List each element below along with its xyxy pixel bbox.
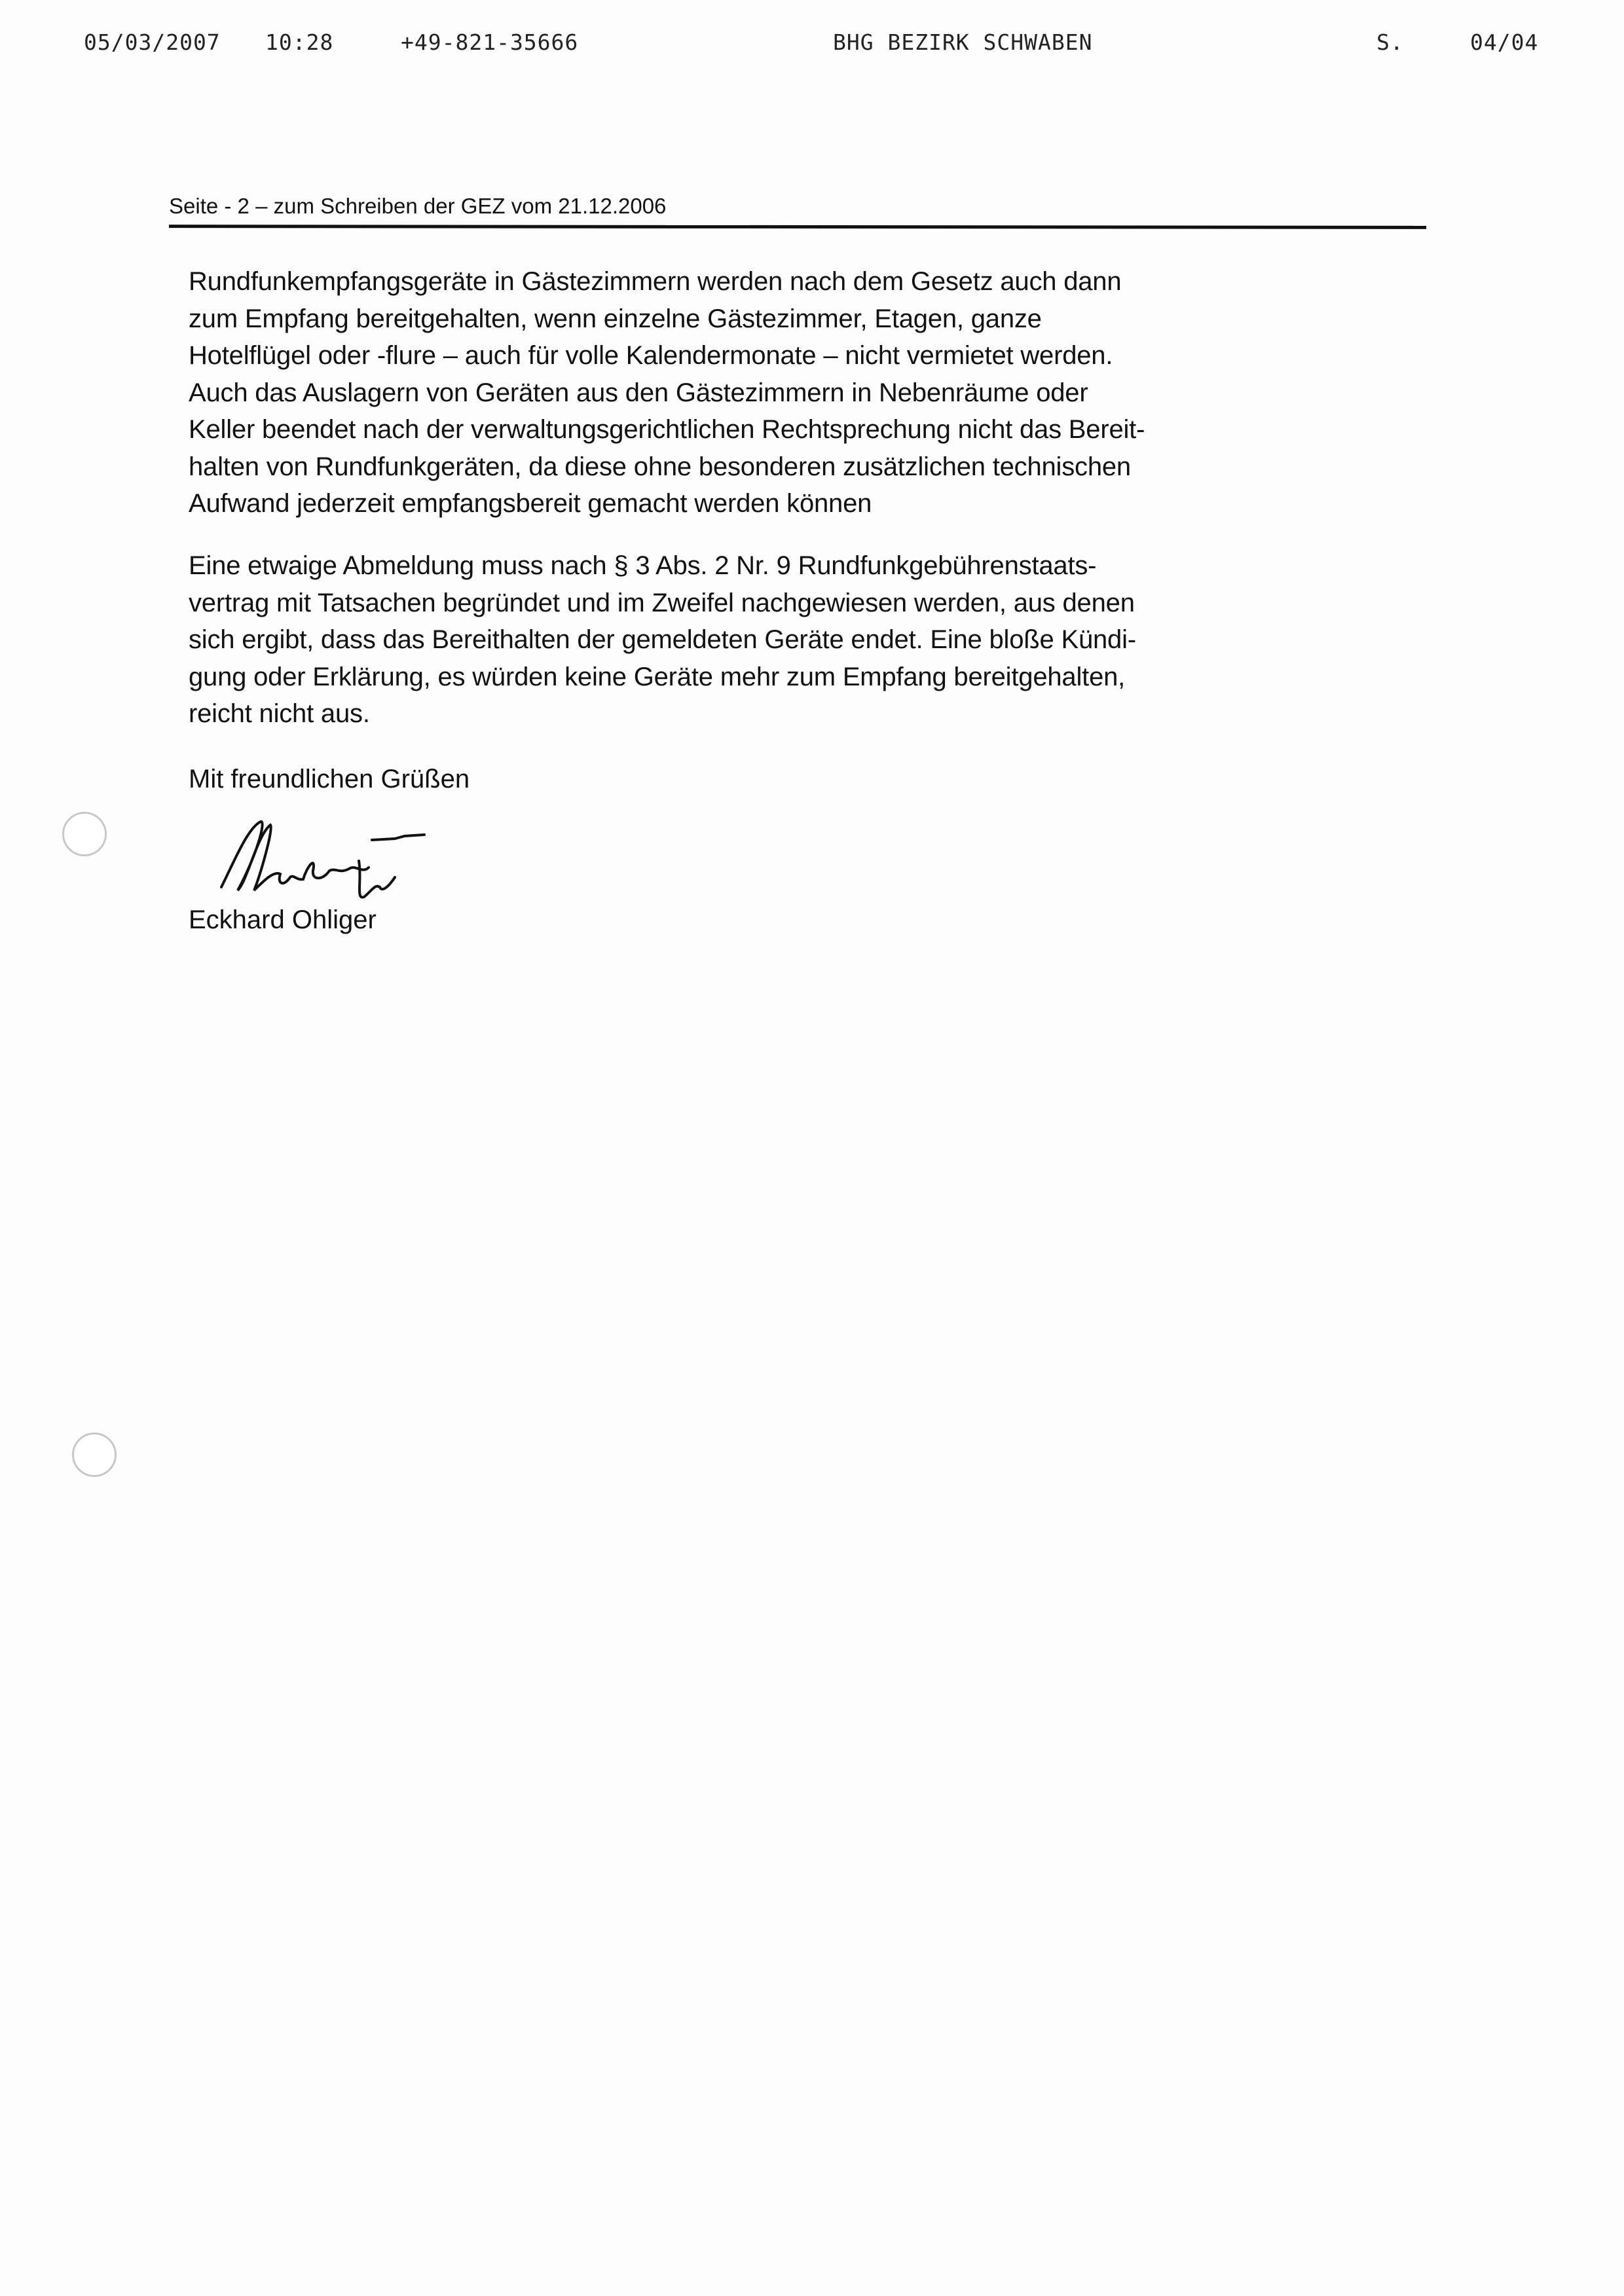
fax-transmission-header: 05/03/2007 10:28 +49-821-35666 BHG BEZIR… <box>0 29 1624 62</box>
punch-hole <box>62 812 107 856</box>
paragraph-1: Rundfunkempfangsgeräte in Gästezimmern w… <box>189 263 1400 522</box>
page-reference: Seite - 2 – zum Schreiben der GEZ vom 21… <box>169 194 666 219</box>
header-divider <box>169 225 1426 229</box>
fax-sender: BHG BEZIRK SCHWABEN <box>833 29 1093 55</box>
text-line: gung oder Erklärung, es würden keine Ger… <box>189 659 1400 696</box>
text-line: Auch das Auslagern von Geräten aus den G… <box>189 374 1400 412</box>
fax-phone-number: +49-821-35666 <box>401 29 578 55</box>
text-line: reicht nicht aus. <box>189 695 1400 733</box>
text-line: vertrag mit Tatsachen begründet und im Z… <box>189 585 1400 622</box>
text-line: Eine etwaige Abmeldung muss nach § 3 Abs… <box>189 547 1400 585</box>
text-line: sich ergibt, dass das Bereithalten der g… <box>189 621 1400 659</box>
text-line: Hotelflügel oder -flure – auch für volle… <box>189 337 1400 374</box>
text-line: halten von Rundfunkgeräten, da diese ohn… <box>189 448 1400 486</box>
text-line: Aufwand jederzeit empfangsbereit gemacht… <box>189 485 1400 522</box>
fax-page-number: 04/04 <box>1470 29 1538 55</box>
punch-hole <box>72 1432 117 1477</box>
fax-date: 05/03/2007 <box>84 29 221 55</box>
text-line: Rundfunkempfangsgeräte in Gästezimmern w… <box>189 263 1400 301</box>
handwritten-signature <box>208 809 496 913</box>
fax-time: 10:28 <box>265 29 333 55</box>
closing-salutation: Mit freundlichen Grüßen <box>189 765 470 794</box>
text-line: Keller beendet nach der verwaltungsgeric… <box>189 411 1400 448</box>
paragraph-2: Eine etwaige Abmeldung muss nach § 3 Abs… <box>189 547 1400 733</box>
signer-name: Eckhard Ohliger <box>189 905 377 935</box>
fax-page-prefix: S. <box>1376 29 1404 55</box>
text-line: zum Empfang bereitgehalten, wenn einzeln… <box>189 301 1400 338</box>
